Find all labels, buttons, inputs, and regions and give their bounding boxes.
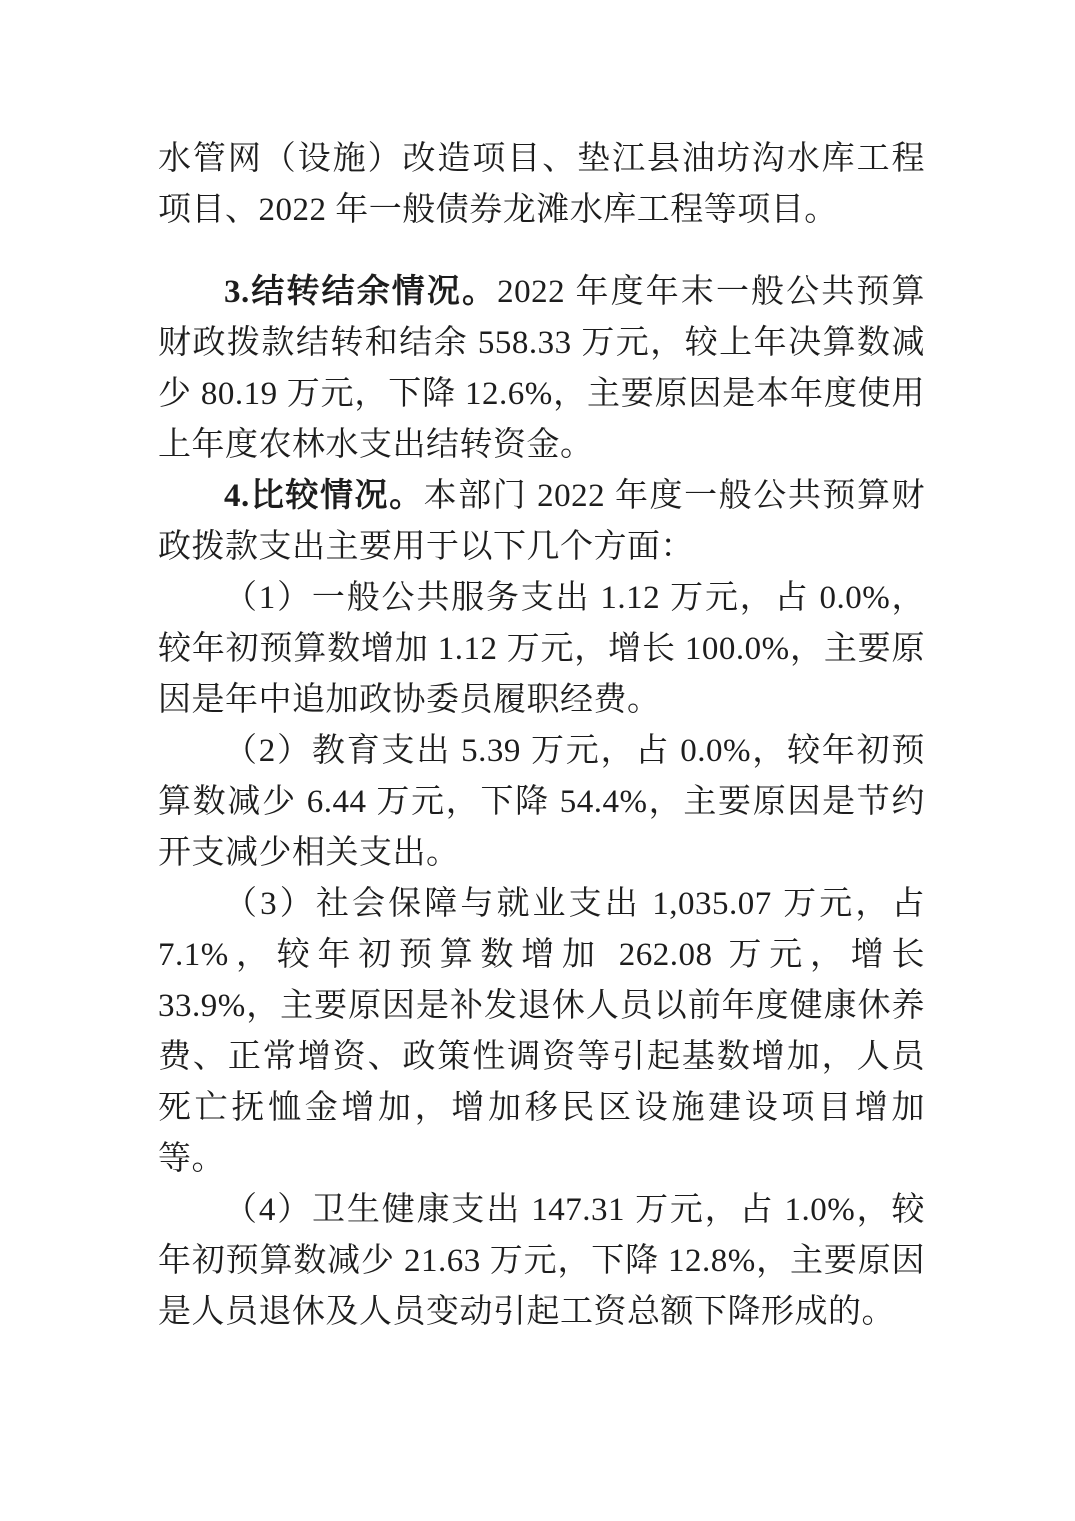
paragraph: 4.比较情况。本部门 2022 年度一般公共预算财政拨款支出主要用于以下几个方面… <box>158 471 925 573</box>
document-page: 水管网（设施）改造项目、垫江县油坊沟水库工程项目、2022 年一般债券龙滩水库工… <box>0 0 1075 1521</box>
paragraph-text: （1）一般公共服务支出 1.12 万元，占 0.0%，较年初预算数增加 1.12… <box>158 580 925 718</box>
paragraph-text: （3）社会保障与就业支出 1,035.07 万元，占 7.1%，较年初预算数增加… <box>158 886 925 1177</box>
paragraph: 3.结转结余情况。2022 年度年末一般公共预算财政拨款结转和结余 558.33… <box>158 267 925 471</box>
paragraph-text: 水管网（设施）改造项目、垫江县油坊沟水库工程项目、2022 年一般债券龙滩水库工… <box>158 141 925 228</box>
paragraph: 水管网（设施）改造项目、垫江县油坊沟水库工程项目、2022 年一般债券龙滩水库工… <box>158 134 925 236</box>
paragraph-text: （2）教育支出 5.39 万元，占 0.0%，较年初预算数减少 6.44 万元，… <box>158 733 925 871</box>
paragraph: （4）卫生健康支出 147.31 万元，占 1.0%，较年初预算数减少 21.6… <box>158 1185 925 1338</box>
paragraph: （2）教育支出 5.39 万元，占 0.0%，较年初预算数减少 6.44 万元，… <box>158 726 925 879</box>
document-body: 水管网（设施）改造项目、垫江县油坊沟水库工程项目、2022 年一般债券龙滩水库工… <box>158 134 925 1338</box>
paragraph: （1）一般公共服务支出 1.12 万元，占 0.0%，较年初预算数增加 1.12… <box>158 573 925 726</box>
paragraph: （3）社会保障与就业支出 1,035.07 万元，占 7.1%，较年初预算数增加… <box>158 879 925 1185</box>
paragraph-text: （4）卫生健康支出 147.31 万元，占 1.0%，较年初预算数减少 21.6… <box>158 1192 925 1330</box>
paragraph-lead: 3.结转结余情况。 <box>224 274 497 310</box>
paragraph-lead: 4.比较情况。 <box>224 478 424 514</box>
